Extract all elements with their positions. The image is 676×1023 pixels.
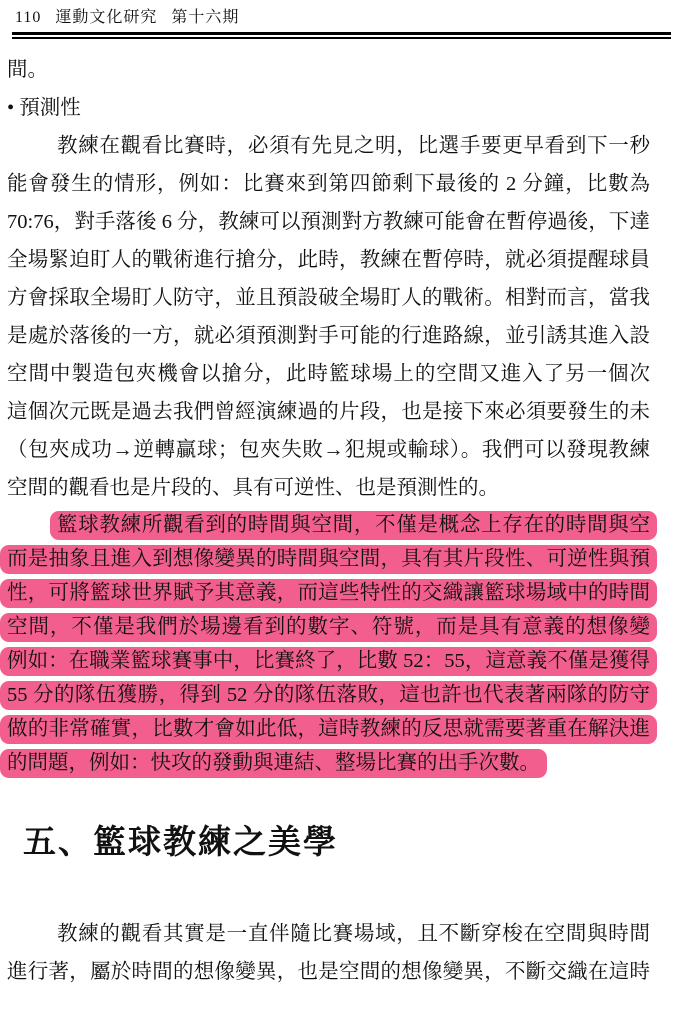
text-line: 空間中製造包夾機會以搶分，此時籃球場上的空間又進入了另一個次元， — [7, 355, 650, 393]
closing-paragraph: 教練的觀看其實是一直伴隨比賽場域，且不斷穿梭在空間與時間之中 進行著，屬於時間的… — [7, 915, 650, 991]
bullet-item-predictiveness: • 預測性 — [7, 89, 650, 127]
page-body: 間。 • 預測性 教練在觀看比賽時，必須有先見之明，比選手要更早看到下一秒鐘可 … — [0, 39, 676, 991]
text-line: 70:76，對手落後 6 分，教練可以預測對方教練可能會在暫停過後，下達 — [7, 203, 650, 241]
journal-page: 110運動文化研究第十六期 間。 • 預測性 教練在觀看比賽時，必須有先見之明，… — [0, 0, 676, 1023]
header-divider-rule — [12, 32, 671, 39]
paragraph-continuation-line: 間。 — [7, 51, 650, 89]
journal-title: 運動文化研究 — [55, 9, 157, 26]
text-line: 方會採取全場盯人防守，並且預設破全場盯人的戰術。相對而言，當我隊 — [7, 279, 650, 317]
text-line: 空間的觀看也是片段的、具有可逆性、也是預測性的。 — [7, 469, 650, 507]
highlighted-paragraph: 籃球教練所觀看到的時間與空間，不僅是概念上存在的時間與空間， 而是抽象且進入到想… — [7, 511, 650, 778]
highlighted-text-line: 空間，不僅是我們於場邊看到的數字、符號，而是具有意義的想像變異。 — [0, 613, 657, 642]
page-number: 110 — [15, 9, 41, 26]
paragraph-predictive: 教練在觀看比賽時，必須有先見之明，比選手要更早看到下一秒鐘可 能會發生的情形，例… — [7, 127, 650, 507]
text-line: 教練在觀看比賽時，必須有先見之明，比選手要更早看到下一秒鐘可 — [7, 127, 650, 165]
highlighted-text-line: 性，可將籃球世界賦予其意義，而這些特性的交織讓籃球場域中的時間與 — [0, 579, 657, 608]
page-header: 110運動文化研究第十六期 — [0, 0, 676, 28]
highlighted-text-line: 的問題，例如：快攻的發動與連結、整場比賽的出手次數。 — [0, 749, 547, 778]
text-line: 進行著，屬於時間的想像變異，也是空間的想像變異，不斷交織在這時空 — [7, 953, 650, 991]
highlighted-text-line: 例如：在職業籃球賽事中，比賽終了，比數 52：55，這意義不僅是獲得 — [0, 647, 657, 676]
text-line: 是處於落後的一方，就必須預測對手可能的行進路線，並引誘其進入設陷 — [7, 317, 650, 355]
text-line: （包夾成功→逆轉贏球；包夾失敗→犯規或輸球）。我們可以發現教練對 — [7, 431, 650, 469]
section-heading-aesthetics: 五、籃球教練之美學 — [23, 821, 650, 865]
highlighted-text-line: 55 分的隊伍獲勝，得到 52 分的隊伍落敗，這也許也代表著兩隊的防守都 — [0, 681, 657, 710]
text-line: 全場緊迫盯人的戰術進行搶分，此時，教練在暫停時，就必須提醒球員對 — [7, 241, 650, 279]
highlighted-text-line: 做的非常確實，比數才會如此低，這時教練的反思就需要著重在解決進攻 — [0, 715, 657, 744]
highlighted-text-line: 籃球教練所觀看到的時間與空間，不僅是概念上存在的時間與空間， — [50, 511, 657, 540]
text-line: 能會發生的情形，例如：比賽來到第四節剩下最後的 2 分鐘，比數為 — [7, 165, 650, 203]
text-line: 教練的觀看其實是一直伴隨比賽場域，且不斷穿梭在空間與時間之中 — [7, 915, 650, 953]
highlighted-text-line: 而是抽象且進入到想像變異的時間與空間，具有其片段性、可逆性與預測 — [0, 545, 657, 574]
text-line: 這個次元既是過去我們曾經演練過的片段，也是接下來必須要發生的未來 — [7, 393, 650, 431]
issue-label: 第十六期 — [171, 9, 239, 26]
